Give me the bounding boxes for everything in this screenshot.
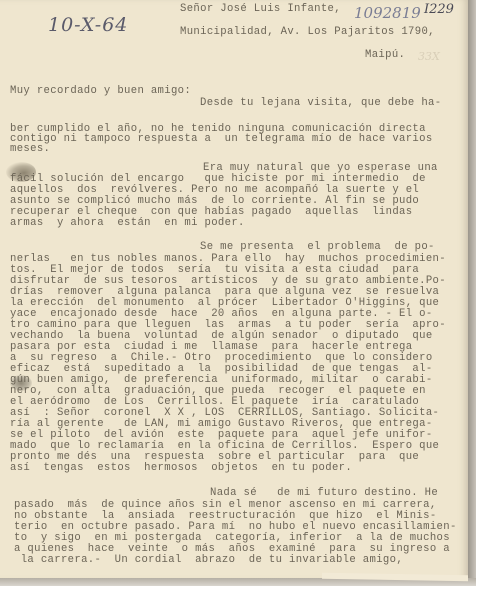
salutation: Muy recordado y buen amigo:: [10, 86, 191, 97]
handwritten-folio-mark: I229: [424, 2, 454, 17]
faint-stamp-mark: 33X: [418, 50, 440, 63]
handwritten-date: 10-X-64: [48, 14, 128, 36]
paragraph-4-line: la carrera.- Un cordial abrazo de tu inv…: [14, 555, 403, 566]
recipient-city: Maipú.: [365, 50, 405, 61]
paragraph-1-line: meses.: [10, 144, 50, 155]
paragraph-3-first-line: Se me presenta el problema de po-: [200, 242, 435, 253]
recipient-address: Municipalidad, Av. Los Pajaritos 1790,: [180, 27, 435, 38]
letter-page: 10-X-64 1092819 I229 33X Señor José Luis…: [0, 0, 468, 580]
paragraph-1-line: contigo ni tampoco respuesta a un telegr…: [10, 134, 433, 145]
paragraph-1-first-line: Desde tu lejana visita, que debe ha-: [200, 98, 441, 109]
paragraph-2-line: armas y ahora están en mi poder.: [10, 218, 245, 229]
recipient-name: Señor José Luis Infante,: [180, 4, 341, 15]
paragraph-3-line: así tengas estos hermosos objetos en tu …: [10, 463, 352, 474]
handwritten-catalog-number: 1092819: [354, 4, 421, 22]
paragraph-4-first-line: Nada sé de mi futuro destino. He: [210, 488, 438, 499]
page-right-shadow: [468, 0, 476, 586]
